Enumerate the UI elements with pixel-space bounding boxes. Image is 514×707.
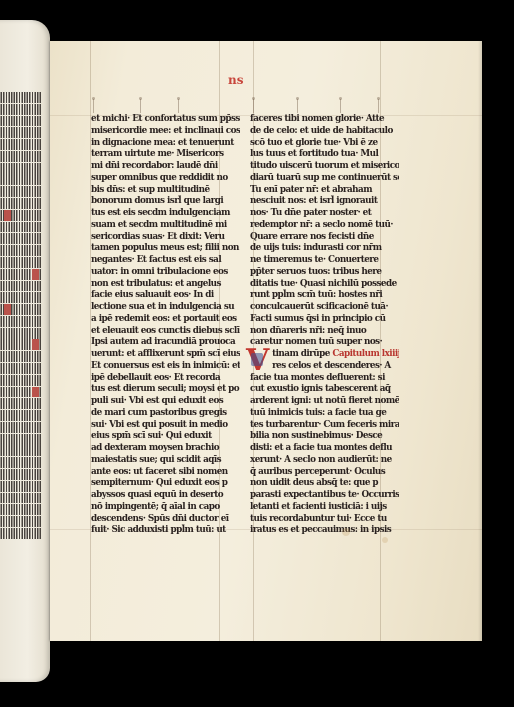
text-line: puli sui· Vbi est qui eduxit eos [91, 395, 240, 407]
prick-mark [340, 99, 341, 113]
facing-text-line [0, 257, 42, 268]
text-line: conculcauerūt scificacionē tuā· [250, 301, 399, 313]
text-line: non est tribulatus: et angelus [91, 278, 240, 290]
text-line: misericordie mee: et inclinaui cos [91, 125, 240, 137]
text-line: maiestatis sue; qui scidit aqīs [91, 454, 240, 466]
text-line: super omnibus que reddidit no [91, 172, 240, 184]
text-line: fuit· Sic adduxisti ppl̄m tuū: ut [91, 524, 240, 536]
text-line: runt ppl̄m scm̄ tuū: hostes nr̄i [250, 289, 399, 301]
text-line: ne timeremus te· Conuertere [250, 254, 399, 266]
running-header: ns [228, 73, 243, 87]
text-line: negantes· Et factus est eis sal [91, 254, 240, 266]
facing-text-line [0, 422, 42, 433]
facing-page-text [0, 92, 42, 540]
text-line: sempiternum· Qui eduxit eos p [91, 477, 240, 489]
prick-mark [253, 99, 254, 113]
initial-infill [251, 353, 263, 366]
facing-text-line [0, 339, 42, 350]
text-line: bis dn̄s: et sup multitudinē [91, 184, 240, 196]
facing-text-line [0, 410, 42, 421]
facing-text-line [0, 481, 42, 492]
text-line: ditatis tue· Quasi nichilū possede [250, 278, 399, 290]
text-line: tus est eis secdm indulgenciam [91, 207, 240, 219]
text-line: redemptor nr̄: a seclo nomē tuū· [250, 219, 399, 231]
prick-mark [378, 99, 379, 113]
text-line: non uidit deus absq̄ te: que p [250, 477, 399, 489]
text-line: titudo uiscerū tuorum et misericor [250, 160, 399, 172]
facing-text-line [0, 174, 42, 185]
text-line: pp̄ter seruos tuos: tribus here [250, 266, 399, 278]
facing-text-line [0, 493, 42, 504]
facing-text-line [0, 210, 42, 221]
text-line: scō tuo et glorie tue· Vbi ē ze [250, 137, 399, 149]
text-line: letanti et facienti iusticiā: i uijs [250, 501, 399, 513]
facing-text-line [0, 328, 42, 339]
text-line: disti: et a facie tua montes deflu [250, 442, 399, 454]
prick-mark [297, 99, 298, 113]
facing-text-line [0, 127, 42, 138]
text-line: de uijs tuis: indurasti cor nr̄m [250, 242, 399, 254]
chapter-opening: tinam dirūpe [272, 348, 332, 359]
facing-text-line [0, 281, 42, 292]
facing-text-line [0, 469, 42, 480]
text-line: et michi· Et confortatus sum pp̄ss [91, 113, 240, 125]
text-line: diarū tuarū sup me continuerūt se· [250, 172, 399, 184]
text-line: res celos et descenderes· A [250, 360, 399, 372]
facing-text-line [0, 387, 42, 398]
text-line: nesciuit nos: et isrl̄ ignorauit [250, 195, 399, 207]
manuscript-leaf: ns et michi· Et confortatus sum pp̄ssmis… [50, 41, 482, 641]
text-line: tuis recordabuntur tui· Ecce tu [250, 513, 399, 525]
facing-text-line [0, 528, 42, 539]
decorated-initial: V [246, 346, 268, 376]
text-line: et eleuauit eos cunctis diebus sclī· [91, 325, 240, 337]
text-line: mi dn̄i recordabor: laudē dn̄i [91, 160, 240, 172]
facing-text-line [0, 104, 42, 115]
facing-text-line [0, 222, 42, 233]
text-line: de mari cum pastoribus gregis [91, 407, 240, 419]
facing-text-line [0, 516, 42, 527]
text-line: nos· Tu dn̄e pater noster· et [250, 207, 399, 219]
text-line: Ipsi autem ad iracundiā prouoca [91, 336, 240, 348]
facing-text-line [0, 269, 42, 280]
facing-page-edge [0, 20, 50, 682]
text-line: ad dexteram moysen brachio [91, 442, 240, 454]
facing-text-line [0, 457, 42, 468]
text-line: arderent igni: ut notū fieret nomē [250, 395, 399, 407]
facing-text-line [0, 375, 42, 386]
facing-text-line [0, 151, 42, 162]
text-line: in dignacione mea: et tenuerunt [91, 137, 240, 149]
text-line: lus tuus et fortitudo tua· Mul [250, 148, 399, 160]
text-line: cut exustio ignis tabescerent aq̄ [250, 383, 399, 395]
text-line: Quare errare nos fecisti dn̄e [250, 231, 399, 243]
text-line: descendens· Spūs dn̄i ductor eī [91, 513, 240, 525]
facing-text-line [0, 351, 42, 362]
text-line: ante eos: ut faceret sibi nomen [91, 466, 240, 478]
facing-text-line [0, 292, 42, 303]
text-line: caretur nomen tuū super nos· [250, 336, 399, 348]
prick-mark [140, 99, 141, 113]
prick-mark [93, 99, 94, 113]
chapter-rubric: Capitulum lxiiij [332, 348, 399, 359]
text-line: uator: in omni tribulacione eos [91, 266, 240, 278]
facing-text-line [0, 363, 42, 374]
facing-text-line [0, 233, 42, 244]
text-line: terram uirtute me· Misericors [91, 148, 240, 160]
text-line: uerunt: et afflixerunt spm̄ scī eius· [91, 348, 240, 360]
text-line: tus est dierum seculi; moysi et po [91, 383, 240, 395]
text-line: suam et secdm multitudinē mi [91, 219, 240, 231]
facing-text-line [0, 398, 42, 409]
text-line: tuū inimicis tuis: a facie tua ge [250, 407, 399, 419]
text-line: bilia non sustinebimus· Desce [250, 430, 399, 442]
text-line: facie tua montes defluerent: si [250, 372, 399, 384]
prick-mark [178, 99, 179, 113]
text-line: de de celo: et uide de habitaculo [250, 125, 399, 137]
text-line: tamen populus meus est; filii non [91, 242, 240, 254]
text-line: sericordias suas· Et dixit: Veru [91, 231, 240, 243]
text-line: bonorum domus isrl̄ que largi [91, 195, 240, 207]
facing-text-line [0, 304, 42, 315]
chapter-heading: tinam dirūpe Capitulum lxiiij [250, 348, 399, 360]
text-line: lectione sua et in indulgencia su [91, 301, 240, 313]
text-line: faceres tibi nomen glorie· Atte [250, 113, 399, 125]
facing-text-line [0, 434, 42, 445]
text-line: facie eius saluauit eos· In di [91, 289, 240, 301]
text-column-left: et michi· Et confortatus sum pp̄ssmiseri… [91, 113, 253, 536]
text-line: abyssos quasi equū in deserto [91, 489, 240, 501]
facing-text-line [0, 504, 42, 515]
text-line: non dn̄areris nr̄i: neq̄ inuo [250, 325, 399, 337]
text-line: iratus es et peccauimus: in ipsis [250, 524, 399, 536]
text-line: q̄ auribus perceperunt· Oculus [250, 466, 399, 478]
text-column-right: faceres tibi nomen glorie· Attede de cel… [250, 113, 412, 536]
text-line: eius spm̄ scī sui· Qui eduxit [91, 430, 240, 442]
text-line: Facti sumus q̄si in principio cū [250, 313, 399, 325]
text-line: sui· Vbi est qui posuit in medio [91, 419, 240, 431]
stain [382, 537, 388, 543]
text-line: a ipē redemit eos: et portauit eos [91, 313, 240, 325]
facing-text-line [0, 245, 42, 256]
facing-text-line [0, 116, 42, 127]
facing-text-line [0, 316, 42, 327]
text-line: ipē debellauit eos· Et recorda [91, 372, 240, 384]
text-line: tes turbarentur· Cum feceris mira [250, 419, 399, 431]
text-line: parasti expectantibus te· Occurristi [250, 489, 399, 501]
facing-text-line [0, 186, 42, 197]
text-line: xerunt· A seclo non audierūt: ne [250, 454, 399, 466]
facing-text-line [0, 163, 42, 174]
facing-text-line [0, 92, 42, 103]
text-line: Et conuersus est eis in inimicū: et [91, 360, 240, 372]
text-line: Tu enī pater nr̄: et abraham [250, 184, 399, 196]
stain [342, 528, 350, 536]
facing-text-line [0, 198, 42, 209]
facing-text-line [0, 139, 42, 150]
facing-text-line [0, 445, 42, 456]
text-line: nō impingentē; q̄ aīal in capo [91, 501, 240, 513]
